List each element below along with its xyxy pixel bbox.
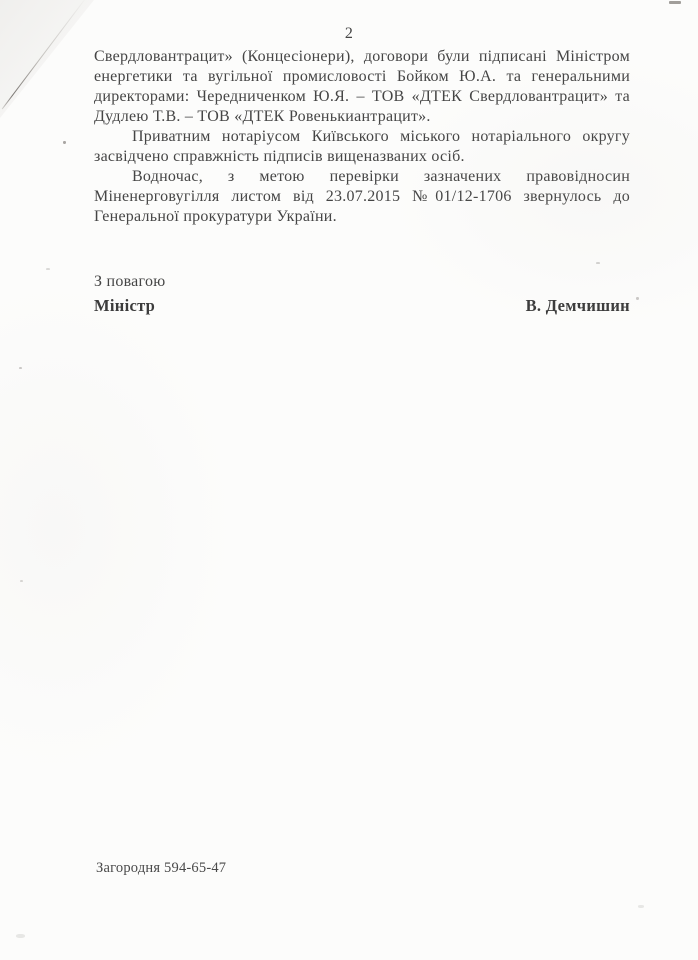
page-number: 2 [0,25,698,43]
text-line: Свердловантрацит» (Концесіонери), догово… [94,47,630,67]
body-text: Свердловантрацит» (Концесіонери), догово… [94,47,630,227]
scan-speck [16,934,25,938]
scan-speck [19,367,22,369]
scan-speck [46,268,50,270]
text-line: засвідчено справжність підписів вищеназв… [94,147,630,167]
scan-speck [63,141,66,144]
text-line: Дудлею Т.В. – ТОВ «ДТЕК Ровенькиантрацит… [94,107,630,127]
signature-row: Міністр В. Демчишин [94,296,630,316]
closing-line: З повагою [94,273,165,291]
footer-contact: Загородня 594-65-47 [96,860,226,877]
scan-speck [20,580,23,582]
minister-title: Міністр [94,296,155,316]
minister-name: В. Демчишин [526,296,630,316]
scan-speck [636,297,639,300]
scanned-page: 2 Свердловантрацит» (Концесіонери), дого… [0,0,698,960]
scan-speck [638,905,644,908]
scan-speck [596,262,600,264]
text-line: Генеральної прокуратури України. [94,207,630,227]
text-line: Водночас, з метою перевірки зазначених п… [94,167,630,187]
page-fold-shade-artifact [0,0,94,118]
text-line: енергетики та вугільної промисловості Бо… [94,67,630,87]
text-line: директорами: Чередниченком Ю.Я. – ТОВ «Д… [94,87,630,107]
text-line: Міненерговугілля листом від 23.07.2015 №… [94,187,630,207]
scan-speck [669,1,681,4]
text-line: Приватним нотаріусом Київського міського… [94,127,630,147]
